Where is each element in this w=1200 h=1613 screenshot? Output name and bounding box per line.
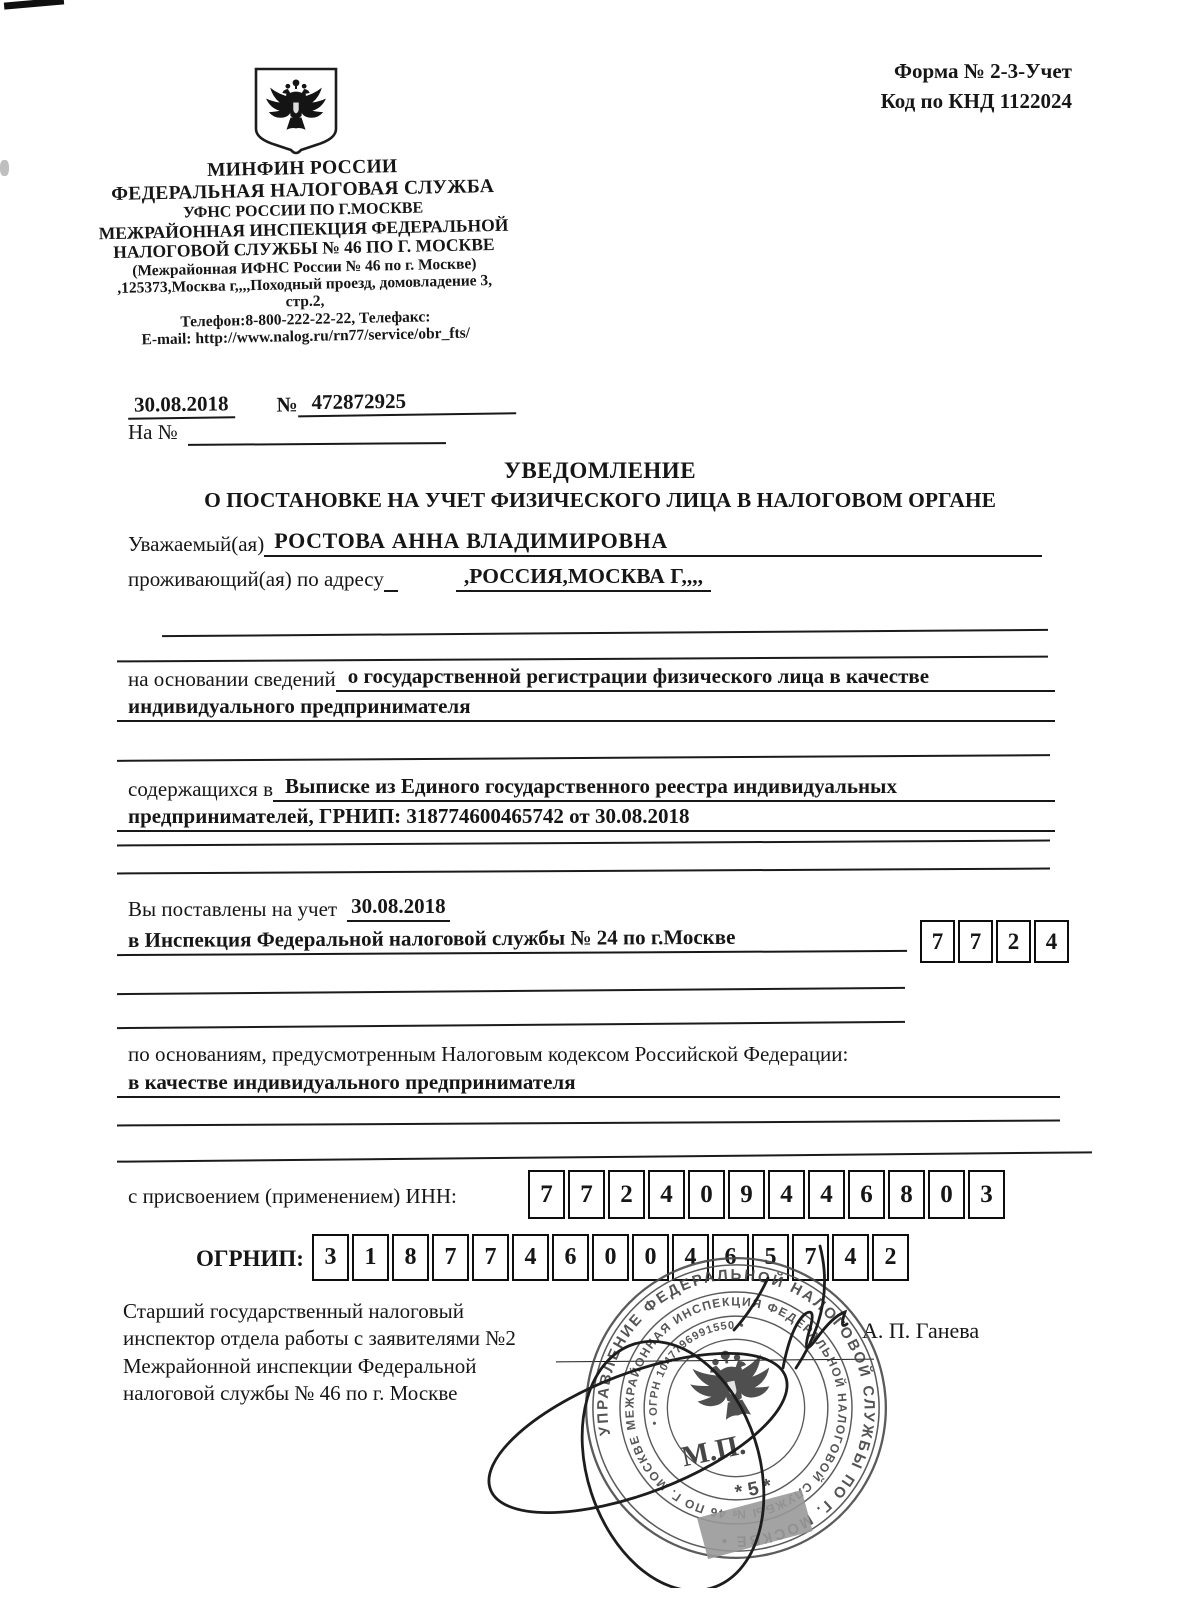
- ruled-line: [117, 656, 1048, 663]
- contained-row2: предпринимателей, ГРНИП: 318774600465742…: [117, 804, 1055, 832]
- code-digit: 7: [920, 920, 955, 963]
- address-label: проживающий(ая) по адресу: [128, 567, 384, 592]
- ogrnip-digit: 1: [352, 1234, 389, 1281]
- recipient-address: ,РОССИЯ,МОСКВА Г,,,,: [456, 564, 711, 592]
- letterhead: МИНФИН РОССИИ ФЕДЕРАЛЬНАЯ НАЛОГОВАЯ СЛУЖ…: [76, 153, 532, 350]
- inn-digit: 9: [728, 1170, 765, 1219]
- handwritten-signature: [468, 1238, 948, 1588]
- ruled-line: [117, 1021, 905, 1029]
- ruled-line: [117, 840, 1050, 847]
- grounds-text: по основаниям, предусмотренным Налоговым…: [128, 1042, 848, 1067]
- document-title: УВЕДОМЛЕНИЕ О ПОСТАНОВКЕ НА УЧЕТ ФИЗИЧЕС…: [100, 458, 1100, 513]
- on-number-row: На №: [128, 420, 446, 445]
- ruled-line: [117, 1120, 1060, 1127]
- address-row: проживающий(ая) по адресу ,РОССИЯ,МОСКВА…: [128, 564, 711, 592]
- code-digit: 4: [1034, 920, 1069, 963]
- inn-digit: 4: [768, 1170, 805, 1219]
- registration-date: 30.08.2018: [347, 894, 450, 922]
- ogrnip-digit: 7: [432, 1234, 469, 1281]
- inn-digit: 0: [928, 1170, 965, 1219]
- contained-label: содержащихся в: [128, 777, 273, 802]
- inn-label: с присвоением (применением) ИНН:: [128, 1184, 457, 1209]
- inspection-name: в Инспекция Федеральной налоговой службы…: [117, 924, 907, 956]
- form-info: Форма № 2-3-Учет Код по КНД 1122024: [881, 56, 1072, 117]
- title-line2: О ПОСТАНОВКЕ НА УЧЕТ ФИЗИЧЕСКОГО ЛИЦА В …: [100, 488, 1100, 513]
- ogrnip-label: ОГРНИП:: [196, 1246, 304, 1272]
- salutation-label: Уважаемый(ая): [128, 532, 264, 557]
- inn-digit: 7: [528, 1170, 565, 1219]
- scan-artifact: [0, 160, 9, 176]
- recipient-name: РОСТОВА АННА ВЛАДИМИРОВНА: [264, 528, 1042, 557]
- number-sign: №: [276, 392, 297, 417]
- code-digit: 2: [996, 920, 1031, 963]
- reference-row: 30.08.2018 № 472872925: [128, 387, 516, 419]
- inn-digit: 7: [568, 1170, 605, 1219]
- inspection-row: в Инспекция Федеральной налоговой службы…: [117, 926, 907, 954]
- inn-digit: 2: [608, 1170, 645, 1219]
- grounds-value: в качестве индивидуального предпринимате…: [117, 1070, 1060, 1098]
- inn-digit: 6: [848, 1170, 885, 1219]
- basis-label: на основании сведений: [128, 667, 336, 692]
- grounds-row: по основаниям, предусмотренным Налоговым…: [128, 1042, 848, 1067]
- doc-date: 30.08.2018: [128, 391, 235, 419]
- on-number-label: На №: [128, 420, 178, 445]
- registration-row: Вы поставлены на учет 30.08.2018: [128, 894, 450, 922]
- ruled-line: [117, 1151, 1092, 1162]
- blank-field: [188, 442, 446, 446]
- ruled-line: [117, 987, 905, 995]
- inspection-code-boxes: 7 7 2 4: [920, 920, 1072, 963]
- contained-value-1: Выписке из Единого государственного реес…: [273, 774, 1055, 802]
- registration-label: Вы поставлены на учет: [128, 897, 337, 922]
- contained-row: содержащихся в Выписке из Единого госуда…: [128, 774, 1055, 802]
- knd-code: Код по КНД 1122024: [881, 86, 1072, 116]
- contained-value-2: предпринимателей, ГРНИП: 318774600465742…: [117, 804, 1055, 832]
- basis-value-2: индивидуального предпринимателя: [117, 694, 1055, 722]
- scan-artifact: [4, 0, 64, 10]
- basis-value-1: о государственной регистрации физическог…: [336, 664, 1055, 692]
- recipient-row: Уважаемый(ая) РОСТОВА АННА ВЛАДИМИРОВНА: [128, 528, 1042, 557]
- grounds-row2: в качестве индивидуального предпринимате…: [117, 1070, 1060, 1098]
- ogrnip-row: ОГРНИП:: [196, 1246, 304, 1272]
- form-number: Форма № 2-3-Учет: [881, 56, 1072, 86]
- inn-digit: 4: [808, 1170, 845, 1219]
- inn-row: с присвоением (применением) ИНН:: [128, 1184, 457, 1209]
- ogrnip-digit: 3: [312, 1234, 349, 1281]
- inn-digit: 4: [648, 1170, 685, 1219]
- basis-row: на основании сведений о государственной …: [128, 664, 1055, 692]
- inn-digit: 0: [688, 1170, 725, 1219]
- ruled-line: [117, 868, 1050, 875]
- ogrnip-digit: 8: [392, 1234, 429, 1281]
- ruled-line: [162, 629, 1048, 637]
- inn-digit: 8: [888, 1170, 925, 1219]
- code-digit: 7: [958, 920, 993, 963]
- doc-number: 472872925: [297, 387, 515, 417]
- coat-of-arms-icon: [246, 62, 346, 168]
- basis-row2: индивидуального предпринимателя: [117, 694, 1055, 722]
- inn-digit: 3: [968, 1170, 1005, 1219]
- title-line1: УВЕДОМЛЕНИЕ: [100, 458, 1100, 484]
- inn-boxes: 7 7 2 4 0 9 4 4 6 8 0 3: [528, 1170, 1008, 1219]
- ruled-line: [117, 754, 1050, 762]
